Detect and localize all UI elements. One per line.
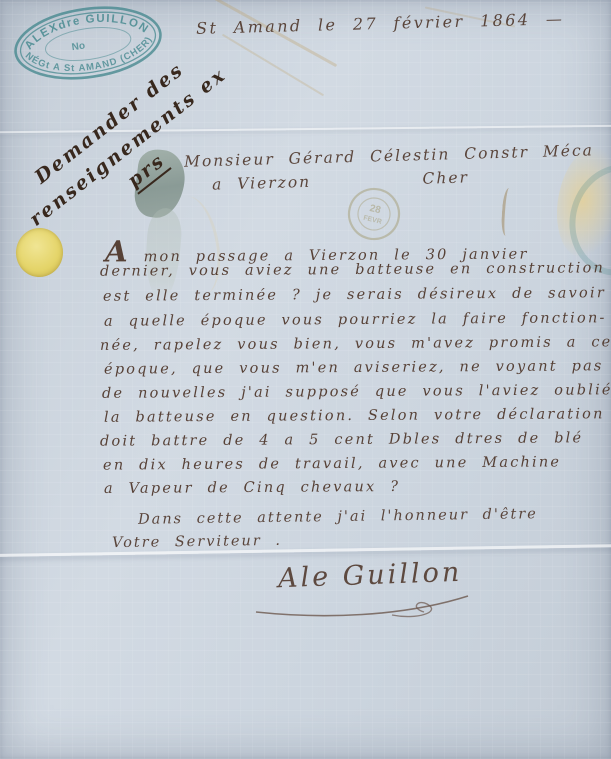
paper-grid-texture	[0, 0, 611, 759]
body-line: époque, que vous m'en aviseriez, ne voya…	[104, 358, 604, 377]
closing-line2: Votre Serviteur .	[112, 533, 282, 551]
ink-smudge	[500, 188, 515, 237]
closing-line1: Dans cette attente j'ai l'honneur d'être	[138, 506, 538, 528]
dateline: St Amand le 27 février 1864 —	[196, 9, 565, 38]
signature-flourish	[252, 588, 492, 620]
address-line2: a Vierzon Cher	[212, 168, 469, 193]
oval-stamp-number: No	[71, 40, 86, 53]
body-line: dernier, vous aviez une batteuse en cons…	[100, 260, 605, 280]
body-line: doit battre de 4 a 5 cent Dbles dtres de…	[100, 430, 583, 449]
body-line: la batteuse en question. Selon votre déc…	[104, 406, 605, 425]
letter-scan: 28 FEVR ALEXdre GUILLON NÉGt A St AMAND …	[0, 0, 611, 759]
address-line1: Monsieur Gérard Célestin Constr Méca	[184, 141, 594, 170]
body-line: née, rapelez vous bien, vous m'avez prom…	[100, 334, 611, 354]
body-line: a quelle époque vous pourriez la faire f…	[104, 310, 607, 330]
postmark-day: 28	[368, 203, 382, 216]
body-line: de nouvelles j'ai supposé que vous l'avi…	[102, 382, 611, 402]
postmark-month: FEVR	[363, 215, 383, 226]
body-line: en dix heures de travail, avec une Machi…	[103, 454, 561, 473]
fold-crease-bottom	[0, 544, 611, 557]
body-line: a Vapeur de Cinq chevaux ?	[104, 479, 400, 497]
body-line: est elle terminée ? je serais désireux d…	[103, 285, 606, 305]
